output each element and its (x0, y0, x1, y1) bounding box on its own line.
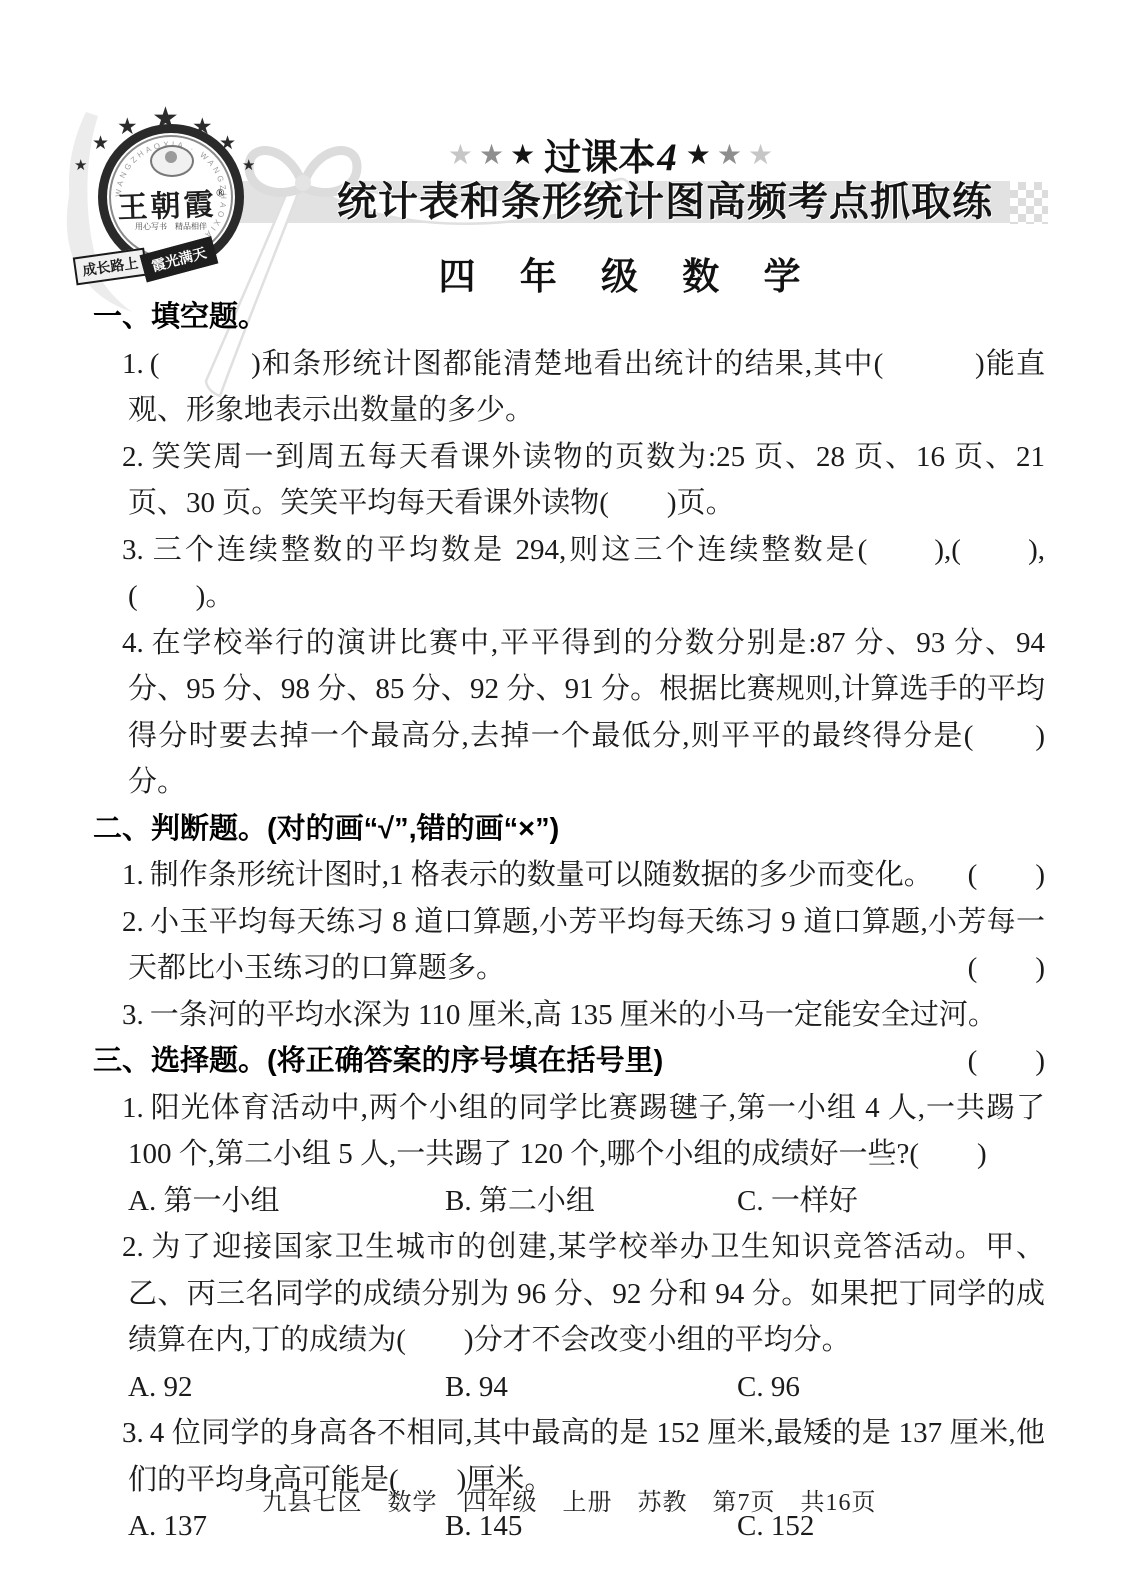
question-text: 在学校举行的演讲比赛中,平平得到的分数分别是:87 分、93 分、94 分、95… (128, 627, 1045, 799)
badge-number: 4 (657, 136, 677, 179)
badge-title: 过课本 (544, 138, 655, 179)
question-text: 三个连续整数的平均数是 294,则这三个连续整数是( ),( ),( )。 (128, 534, 1045, 613)
options-row: A. 第一小组B. 第二小组C. 一样好 (128, 1178, 1045, 1225)
logo-tagline: 用心写书 精品相伴 (111, 221, 231, 232)
question: 4.在学校举行的演讲比赛中,平平得到的分数分别是:87 分、93 分、94 分、… (93, 620, 1045, 806)
section-heading-true-false: 二、判断题。(对的画“√”,错的画“×”) (93, 806, 1045, 853)
badge-title-row: ★★★过课本4★★★ (211, 127, 1010, 181)
answer-bracket: ( ) (968, 945, 1045, 992)
question: 2.为了迎接国家卫生城市的创建,某学校举办卫生知识竞答活动。甲、乙、丙三名同学的… (93, 1224, 1045, 1410)
star-icon: ★ (510, 138, 535, 171)
section-heading-fill-blanks: 一、填空题。 (93, 294, 1045, 341)
logo-star-icon: ★ (242, 158, 255, 173)
star-icon: ★ (448, 138, 473, 171)
question-number: 3. (122, 534, 144, 566)
page-subtitle: 四 年 级 数 学 (211, 246, 1045, 300)
question-number: 2. (122, 1231, 144, 1263)
question-number: 1. (122, 348, 144, 380)
option-a: A. 第一小组 (128, 1178, 445, 1225)
registered-mark: ® (216, 187, 225, 199)
question: 1.制作条形统计图时,1 格表示的数量可以随数据的多少而变化。( ) (93, 852, 1045, 899)
worksheet-body: 一、填空题。 1.( )和条形统计图都能清楚地看出统计的结果,其中( )能直观、… (93, 294, 1045, 1550)
question: 3.三个连续整数的平均数是 294,则这三个连续整数是( ),( ),( )。 (93, 527, 1045, 620)
question-text: 小玉平均每天练习 8 道口算题,小芳平均每天练习 9 道口算题,小芳每一天都比小… (128, 906, 1045, 985)
question: 1.阳光体育活动中,两个小组的同学比赛踢毽子,第一小组 4 人,一共踢了 100… (93, 1085, 1045, 1225)
option-b: B. 94 (445, 1364, 737, 1411)
brand-name: 王朝霞® (106, 179, 235, 227)
portrait-icon (150, 145, 194, 177)
answer-bracket: ( ) (968, 852, 1045, 899)
answer-bracket: ( ) (968, 1038, 1045, 1085)
logo-ribbon-left: 成长路上 (73, 248, 148, 286)
portrait-head (165, 151, 177, 163)
question: 2.笑笑周一到周五每天看课外读物的页数为:25 页、28 页、16 页、21 页… (93, 434, 1045, 527)
question-number: 2. (122, 441, 144, 473)
question-text: ( )和条形统计图都能清楚地看出统计的结果,其中( )能直观、形象地表示出数量的… (128, 348, 1045, 427)
section-heading-multiple-choice: 三、选择题。(将正确答案的序号填在括号里) (93, 1038, 1045, 1085)
question-number: 3. (122, 999, 144, 1031)
question: 2.小玉平均每天练习 8 道口算题,小芳平均每天练习 9 道口算题,小芳每一天都… (93, 899, 1045, 992)
checker-decoration (1010, 182, 1048, 224)
question: 1.( )和条形统计图都能清楚地看出统计的结果,其中( )能直观、形象地表示出数… (93, 341, 1045, 434)
logo-star-icon: ★ (74, 158, 87, 173)
option-a: A. 92 (128, 1364, 445, 1411)
brand-logo: ★ ★ ★ ★ ★ ★ ★ WANGZHAOXIA · WANGZHAOXIA … (68, 108, 268, 288)
question-number: 2. (122, 906, 144, 938)
brand-name-text: 王朝霞 (117, 188, 217, 224)
question-text: 一条河的平均水深为 110 厘米,高 135 厘米的小马一定能安全过河。 (150, 999, 997, 1031)
option-b: B. 第二小组 (445, 1178, 737, 1225)
options-row: A. 92B. 94C. 96 (128, 1364, 1045, 1411)
page-footer: 九县七区 数学 四年级 上册 苏教 第7页 共16页 (0, 1482, 1139, 1517)
worksheet-page: ★★★过课本4★★★ 统计表和条形统计图高频考点抓取练 四 年 级 数 学 ★ … (0, 0, 1139, 1582)
question: 3.4 位同学的身高各不相同,其中最高的是 152 厘米,最矮的是 137 厘米… (93, 1410, 1045, 1550)
star-icon: ★ (686, 138, 711, 171)
question-text: 制作条形统计图时,1 格表示的数量可以随数据的多少而变化。 (150, 859, 933, 891)
option-c: C. 一样好 (737, 1178, 858, 1225)
question-text: 阳光体育活动中,两个小组的同学比赛踢毽子,第一小组 4 人,一共踢了 100 个… (128, 1092, 1045, 1171)
question-text: 为了迎接国家卫生城市的创建,某学校举办卫生知识竞答活动。甲、乙、丙三名同学的成绩… (128, 1231, 1045, 1356)
star-icon: ★ (717, 138, 742, 171)
star-icon: ★ (479, 138, 504, 171)
option-c: C. 96 (737, 1364, 800, 1411)
question-number: 1. (122, 1092, 144, 1124)
banner-title: 统计表和条形统计图高频考点抓取练 (337, 182, 993, 222)
question-text: 笑笑周一到周五每天看课外读物的页数为:25 页、28 页、16 页、21 页、3… (128, 441, 1045, 520)
question-number: 1. (122, 859, 144, 891)
question: 3.一条河的平均水深为 110 厘米,高 135 厘米的小马一定能安全过河。( … (93, 992, 1045, 1039)
star-icon: ★ (748, 138, 773, 171)
question-number: 4. (122, 627, 144, 659)
question-number: 3. (122, 1417, 144, 1449)
